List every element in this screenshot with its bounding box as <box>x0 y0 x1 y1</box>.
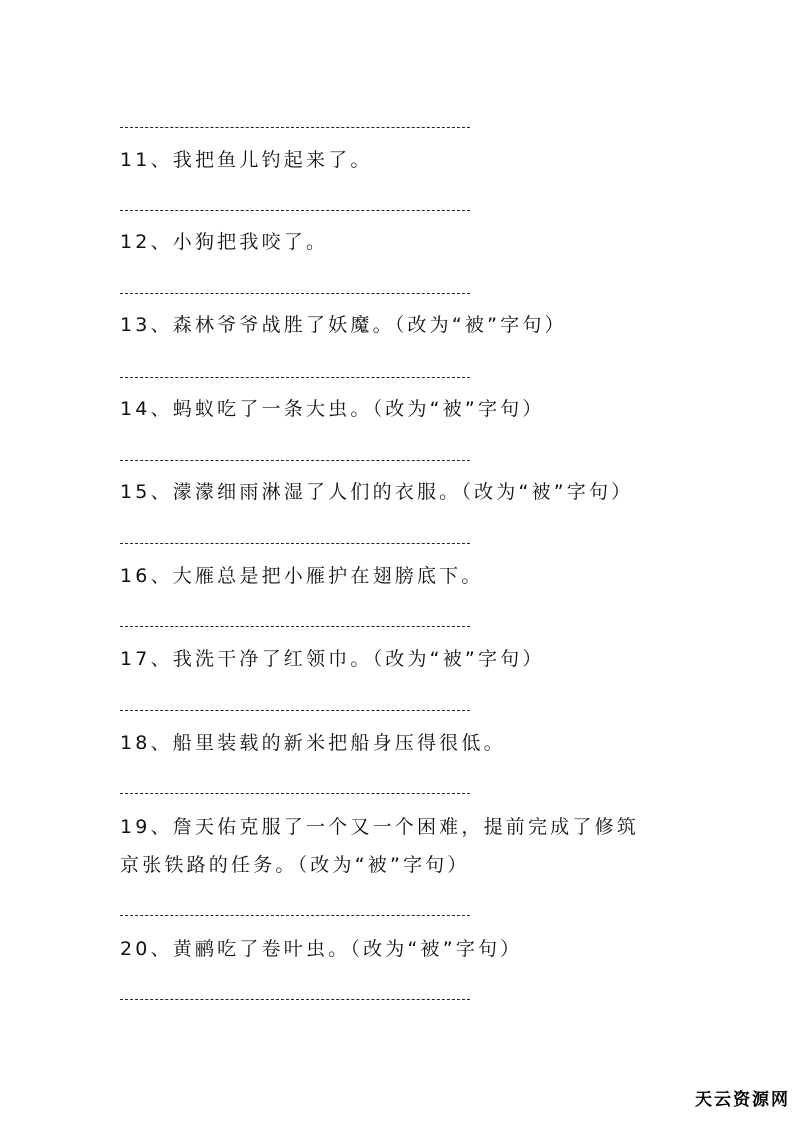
question-18: 18、船里装载的新米把船身压得很低。 <box>120 731 506 755</box>
question-12: 12、小狗把我咬了。 <box>120 230 328 254</box>
answer-line-12[interactable] <box>120 293 470 294</box>
question-11: 11、我把鱼儿钓起来了。 <box>120 148 373 172</box>
question-13: 13、森林爷爷战胜了妖魔。（改为“被”字句） <box>120 313 567 337</box>
question-20: 20、黄鹂吃了卷叶虫。（改为“被”字句） <box>120 937 522 961</box>
question-15: 15、濛濛细雨淋湿了人们的衣服。（改为“被”字句） <box>120 480 633 504</box>
answer-line-20[interactable] <box>120 999 470 1000</box>
question-14: 14、蚂蚁吃了一条大虫。（改为“被”字句） <box>120 397 545 421</box>
question-16: 16、大雁总是把小雁护在翅膀底下。 <box>120 564 484 588</box>
answer-line-17[interactable] <box>120 710 470 711</box>
answer-line-19[interactable] <box>120 915 470 916</box>
question-17: 17、我洗干净了红领巾。（改为“被”字句） <box>120 647 545 671</box>
answer-line-16[interactable] <box>120 626 470 627</box>
answer-line-15[interactable] <box>120 543 470 544</box>
answer-line-14[interactable] <box>120 460 470 461</box>
answer-line-18[interactable] <box>120 793 470 794</box>
watermark: 天云资源网 <box>695 1085 790 1110</box>
answer-line-13[interactable] <box>120 377 470 378</box>
answer-line-10[interactable] <box>120 127 470 128</box>
question-19-line2: 京张铁路的任务。（改为“被”字句） <box>120 853 470 877</box>
answer-line-11[interactable] <box>120 210 470 211</box>
question-19-line1: 19、詹天佑克服了一个又一个困难，提前完成了修筑 <box>120 815 639 839</box>
